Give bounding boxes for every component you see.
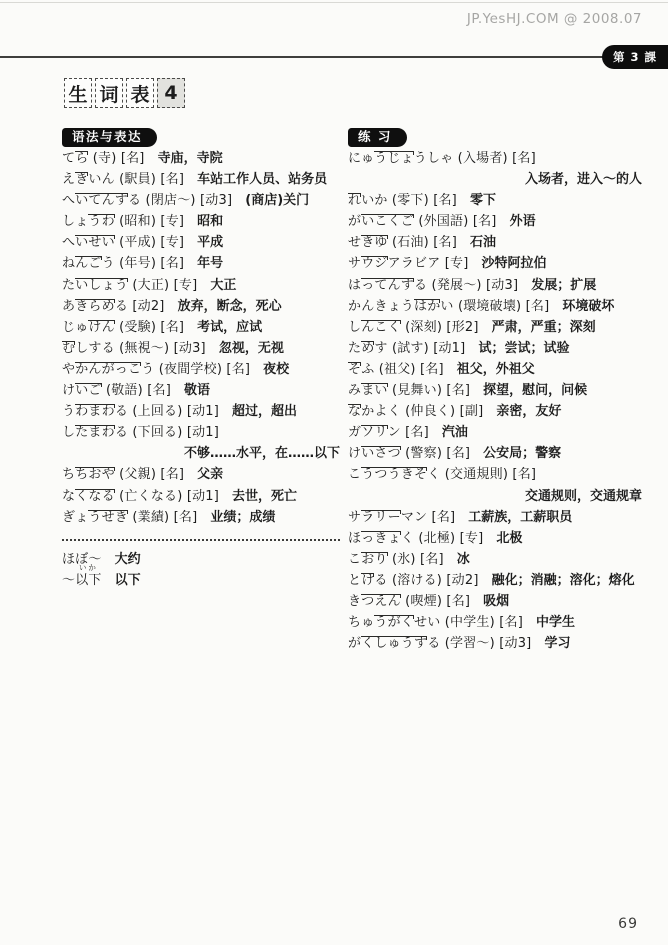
pitch-accent-mark: わまわ (75, 404, 115, 419)
chinese-meaning: 夜校 (263, 362, 289, 377)
japanese-term: こおり (氷) [名] (348, 552, 444, 567)
chinese-meaning: 以下 (115, 573, 141, 588)
watermark: JP.YesHJ.COM @ 2008.07 (467, 11, 642, 27)
pitch-accent-mark: うせき (88, 510, 128, 525)
chinese-meaning: 昭和 (197, 214, 223, 229)
chinese-meaning: 大正 (210, 278, 236, 293)
title-char: 生 (64, 78, 92, 108)
grammar-expression-section: 语法与表达 てら (寺) [名]寺庙，寺院えきいん (駅員) [名]车站工作人员… (62, 126, 340, 591)
pitch-accent-mark: けん (88, 320, 114, 335)
chinese-meaning: 外语 (510, 214, 536, 229)
japanese-term: にゅうじょうしゃ (入場者) [名] (348, 151, 536, 166)
textbook-page: JP.YesHJ.COM @ 2008.07 第 3 課 生 词 表 4 语法与… (0, 0, 668, 945)
vocab-entry: きつえん (喫煙) [名]吸烟 (348, 591, 642, 612)
chinese-meaning: 中学生 (536, 615, 575, 630)
vocab-entry: けいさつ (警察) [名]公安局；警察 (348, 443, 642, 464)
chinese-meaning: (商店)关门 (245, 193, 309, 208)
vocab-entry: れいか (零下) [名]零下 (348, 190, 642, 211)
japanese-term: へいてんする (閉店〜) [动3] (62, 193, 232, 208)
pitch-accent-mark: はか (414, 299, 440, 314)
vocab-entry: とける (溶ける) [动2]融化；消融；溶化；熔化 (348, 570, 642, 591)
japanese-term: しんこく (深刻) [形2] (348, 320, 479, 335)
japanese-term: なかよく (仲良く) [副] (348, 404, 483, 419)
furigana-base: 以下いか (75, 570, 101, 591)
japanese-term: れいか (零下) [名] (348, 193, 457, 208)
chinese-meaning: 入场者，进入〜的人 (525, 172, 642, 187)
pitch-accent-mark: んご (75, 256, 101, 271)
chinese-meaning: 亲密，友好 (496, 404, 561, 419)
pitch-accent-mark: ってんす (361, 278, 414, 293)
japanese-term: はってんする (発展〜) [动3] (348, 278, 518, 293)
japanese-term: かんきょうはかい (環境破壊) [名] (348, 299, 549, 314)
page-number: 69 (618, 916, 638, 932)
pitch-accent-mark: かんがっこ (75, 362, 141, 377)
japanese-term: とける (溶ける) [动2] (348, 573, 479, 588)
vocab-entry: みまい (見舞い) [名]探望，慰问，问候 (348, 380, 642, 401)
japanese-term: ほっきょく (北極) [专] (348, 531, 483, 546)
vocab-entry: うわまわる (上回る) [动1]超过，超出 (62, 401, 340, 422)
japanese-term: 〜以下いか (62, 573, 102, 588)
chinese-meaning: 学习 (544, 636, 570, 651)
chinese-meaning: 敬语 (184, 383, 210, 398)
pitch-accent-mark: ウジ (361, 256, 387, 271)
pitch-accent-mark: きゆ (361, 235, 387, 250)
meaning-continuation-line: 不够……水平，在……以下 (62, 443, 340, 464)
vocab-entry: えきいん (駅員) [名]车站工作人员、站务员 (62, 169, 340, 190)
japanese-term: ねんごう (年号) [名] (62, 256, 184, 271)
chinese-meaning: 发展；扩展 (531, 278, 596, 293)
chinese-meaning: 平成 (197, 235, 223, 250)
pitch-accent-mark: いせい (75, 235, 115, 250)
pitch-accent-mark: うがく (374, 615, 414, 630)
chinese-meaning: 石油 (470, 235, 496, 250)
japanese-term: みまい (見舞い) [名] (348, 383, 470, 398)
japanese-term: えきいん (駅員) [名] (62, 172, 184, 187)
chinese-meaning: 汽油 (442, 425, 468, 440)
chinese-meaning: 寺庙，寺院 (158, 151, 223, 166)
section-badge-grammar: 语法与表达 (62, 128, 157, 147)
japanese-term: ぎょうせき (業績) [名] (62, 510, 197, 525)
page-title: 生 词 表 4 (64, 78, 185, 108)
chinese-meaning: 忽视，无视 (219, 341, 284, 356)
japanese-term: むしする (無視〜) [动3] (62, 341, 206, 356)
vocab-entry: ほっきょく (北極) [专]北极 (348, 528, 642, 549)
vocab-entry: なかよく (仲良く) [副]亲密，友好 (348, 401, 642, 422)
pitch-accent-mark: ら (75, 151, 88, 166)
japanese-term: がくしゅうする (学習〜) [动3] (348, 636, 531, 651)
pitch-accent-mark: まい (361, 383, 387, 398)
vocab-entry: しんこく (深刻) [形2]严肃，严重；深刻 (348, 317, 642, 338)
title-number: 4 (157, 78, 185, 108)
vocab-entry: たいしょう (大正) [专]大正 (62, 275, 340, 296)
pitch-accent-mark: いこくご (361, 214, 414, 229)
chinese-meaning: 融化；消融；溶化；熔化 (492, 573, 635, 588)
pitch-accent-mark: な (348, 404, 361, 419)
chinese-meaning: 放弃，断念，死心 (178, 299, 282, 314)
japanese-term: そふ (祖父) [名] (348, 362, 444, 377)
chinese-meaning: 不够……水平，在……以下 (184, 446, 340, 461)
vocab-entry: むしする (無視〜) [动3]忽视，无视 (62, 338, 340, 359)
vocab-entry: けいご (敬語) [名]敬语 (62, 380, 340, 401)
vocab-entry: じゅけん (受験) [名]考试，应试 (62, 317, 340, 338)
vocab-entry: サラリーマン [名]工薪族，工薪职员 (348, 507, 642, 528)
vocab-entry: こおり (氷) [名]冰 (348, 549, 642, 570)
title-char: 词 (95, 78, 123, 108)
pitch-accent-mark: うじょ (374, 151, 414, 166)
pitch-accent-mark: ちおや (75, 467, 115, 482)
japanese-term: うわまわる (上回る) [动1] (62, 404, 219, 419)
japanese-term: たいしょう (大正) [专] (62, 278, 197, 293)
japanese-term: こうつうきそく (交通規則) [名] (348, 467, 536, 482)
pitch-accent-mark: き (75, 172, 88, 187)
vocab-entry: サウジアラビア [专]沙特阿拉伯 (348, 253, 642, 274)
pitch-accent-mark: いしょう (75, 278, 128, 293)
pitch-accent-mark: む (62, 341, 75, 356)
vocab-entry: かんきょうはかい (環境破壊) [名]环境破坏 (348, 296, 642, 317)
japanese-term: したまわる (下回る) [动1] (62, 425, 219, 440)
chinese-meaning: 考试，应试 (197, 320, 262, 335)
pitch-accent-mark: そ (348, 362, 361, 377)
chinese-meaning: 吸烟 (483, 594, 509, 609)
japanese-term: せきゆ (石油) [名] (348, 235, 457, 250)
chinese-meaning: 去世，死亡 (232, 489, 297, 504)
chinese-meaning: 业绩；成绩 (210, 510, 275, 525)
chinese-meaning: 公安局；警察 (483, 446, 561, 461)
japanese-term: やかんがっこう (夜間学校) [名] (62, 362, 250, 377)
chinese-meaning: 年号 (197, 256, 223, 271)
lesson-tab: 第 3 課 (602, 45, 668, 69)
chinese-meaning: 探望，慰问，问候 (483, 383, 587, 398)
page-top-edge (0, 2, 668, 3)
pitch-accent-mark: ソリ (361, 425, 387, 440)
japanese-term: がいこくご (外国語) [名] (348, 214, 497, 229)
vocab-entry: しょうわ (昭和) [专]昭和 (62, 211, 340, 232)
vocab-entry: へいてんする (閉店〜) [动3](商店)关门 (62, 190, 340, 211)
chinese-meaning: 沙特阿拉伯 (482, 256, 547, 271)
pitch-accent-mark: うつうきそ (361, 467, 427, 482)
pitch-accent-mark: つえん (361, 594, 401, 609)
pitch-accent-mark: れ (348, 193, 361, 208)
japanese-term: なくなる (亡くなる) [动1] (62, 489, 219, 504)
pitch-accent-mark: たまわ (75, 425, 115, 440)
grammar-entry-list: てら (寺) [名]寺庙，寺院えきいん (駅員) [名]车站工作人员、站务员へい… (62, 148, 340, 591)
chinese-meaning: 试；尝试；试验 (478, 341, 569, 356)
vocab-entry: せきゆ (石油) [名]石油 (348, 232, 642, 253)
vocab-entry: ぎょうせき (業績) [名]业绩；成绩 (62, 507, 340, 528)
japanese-term: ちゅうがくせい (中学生) [名] (348, 615, 523, 630)
vocab-entry: にゅうじょうしゃ (入場者) [名] (348, 148, 642, 169)
japanese-term: あきらめる [动2] (62, 299, 165, 314)
vocab-entry: ためす (試す) [动1]试；尝试；试验 (348, 338, 642, 359)
japanese-term: しょうわ (昭和) [专] (62, 214, 184, 229)
dotted-line (62, 539, 340, 541)
exercise-section: 练 习 にゅうじょうしゃ (入場者) [名]入场者，进入〜的人れいか (零下) … (348, 126, 642, 654)
chinese-meaning: 工薪族，工薪职员 (468, 510, 572, 525)
vocab-entry: なくなる (亡くなる) [动1]去世，死亡 (62, 486, 340, 507)
meaning-continuation-line: 入场者，进入〜的人 (348, 169, 642, 190)
pitch-accent-mark: おり (361, 552, 387, 567)
title-char: 表 (126, 78, 154, 108)
vocab-entry: はってんする (発展〜) [动3]发展；扩展 (348, 275, 642, 296)
vocab-entry: ねんごう (年号) [名]年号 (62, 253, 340, 274)
japanese-term: ちちおや (父親) [名] (62, 467, 184, 482)
vocab-entry: ちちおや (父親) [名]父亲 (62, 464, 340, 485)
pitch-accent-mark: いてんす (75, 193, 128, 208)
pitch-accent-mark: くしゅうす (361, 636, 427, 651)
vocab-entry: こうつうきそく (交通規則) [名] (348, 464, 642, 485)
vocab-entry: ガソリン [名]汽油 (348, 422, 642, 443)
japanese-term: きつえん (喫煙) [名] (348, 594, 470, 609)
vocab-entry: がいこくご (外国語) [名]外语 (348, 211, 642, 232)
pitch-accent-mark: け (361, 573, 374, 588)
chinese-meaning: 环境破坏 (562, 299, 614, 314)
chinese-meaning: 祖父，外祖父 (457, 362, 535, 377)
japanese-term: てら (寺) [名] (62, 151, 145, 166)
pitch-accent-mark: うわ (88, 214, 114, 229)
chinese-meaning: 严肃，严重；深刻 (492, 320, 596, 335)
chinese-meaning: 冰 (457, 552, 470, 567)
chinese-meaning: 北极 (496, 531, 522, 546)
vocab-entry: したまわる (下回る) [动1] (62, 422, 340, 443)
pitch-accent-mark: くなる (75, 489, 115, 504)
pitch-accent-mark: んこく (361, 320, 401, 335)
pitch-accent-mark: いご (75, 383, 101, 398)
vocab-entry: あきらめる [动2]放弃，断念，死心 (62, 296, 340, 317)
vocab-entry: 〜以下いか以下 (62, 570, 340, 591)
chinese-meaning: 大约 (115, 552, 141, 567)
chinese-meaning: 车站工作人员、站务员 (197, 172, 327, 187)
pitch-accent-mark: ラリー (361, 510, 401, 525)
japanese-term: けいさつ (警察) [名] (348, 446, 470, 461)
pitch-accent-mark: っきょ (361, 531, 401, 546)
japanese-term: サウジアラビア [专] (348, 256, 469, 271)
japanese-term: サラリーマン [名] (348, 510, 455, 525)
chinese-meaning: 零下 (470, 193, 496, 208)
furigana-text: いか (79, 564, 98, 572)
japanese-term: ためす (試す) [动1] (348, 341, 465, 356)
header-rule (0, 56, 610, 58)
chinese-meaning: 交通规则，交通规章 (525, 489, 642, 504)
japanese-term: じゅけん (受験) [名] (62, 320, 184, 335)
vocab-entry: ほぼ〜大约 (62, 549, 340, 570)
exercise-entry-list: にゅうじょうしゃ (入場者) [名]入场者，进入〜的人れいか (零下) [名]零… (348, 148, 642, 654)
pitch-accent-mark: いさつ (361, 446, 401, 461)
meaning-continuation-line: 交通规则，交通规章 (348, 486, 642, 507)
vocab-entry: がくしゅうする (学習〜) [动3]学习 (348, 633, 642, 654)
vocab-entry: そふ (祖父) [名]祖父，外祖父 (348, 359, 642, 380)
japanese-term: けいご (敬語) [名] (62, 383, 171, 398)
chinese-meaning: 父亲 (197, 467, 223, 482)
chinese-meaning: 超过，超出 (232, 404, 297, 419)
japanese-term: ガソリン [名] (348, 425, 429, 440)
pitch-accent-mark: きらめ (75, 299, 115, 314)
vocab-entry: てら (寺) [名]寺庙，寺院 (62, 148, 340, 169)
pitch-accent-mark: め (361, 341, 374, 356)
vocab-entry: ちゅうがくせい (中学生) [名]中学生 (348, 612, 642, 633)
vocab-entry: へいせい (平成) [专]平成 (62, 232, 340, 253)
section-badge-exercise: 练 习 (348, 128, 407, 147)
vocab-entry: やかんがっこう (夜間学校) [名]夜校 (62, 359, 340, 380)
dotted-divider (62, 528, 340, 549)
japanese-term: へいせい (平成) [专] (62, 235, 184, 250)
